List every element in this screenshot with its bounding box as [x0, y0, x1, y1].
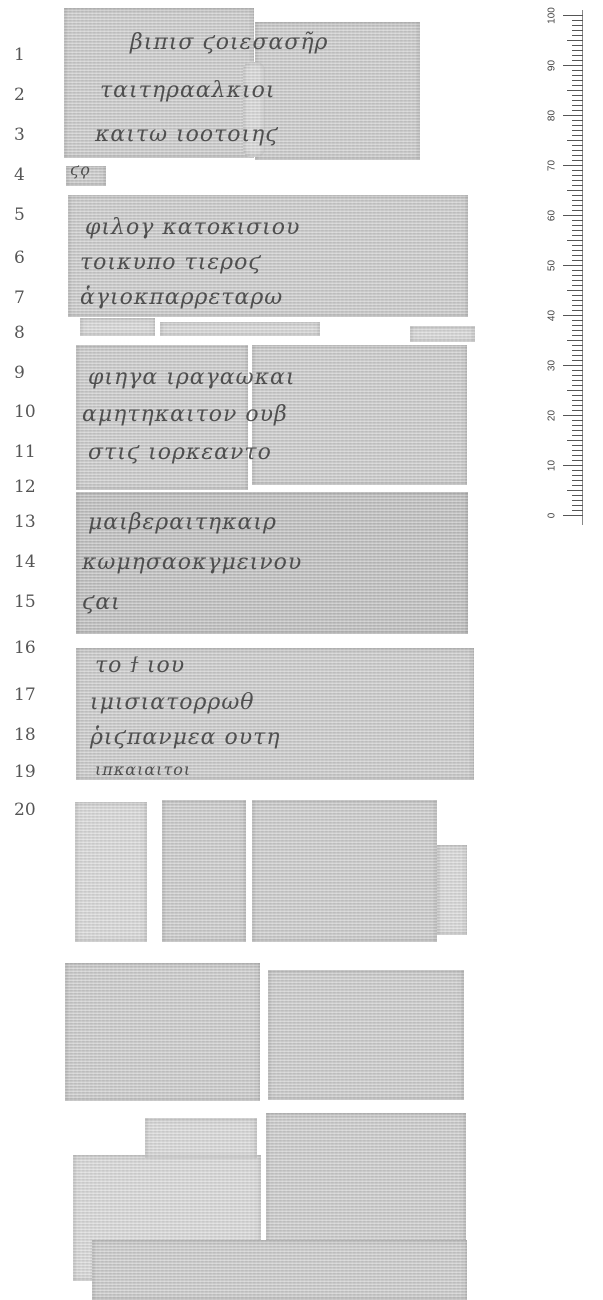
ruler-tick	[563, 115, 583, 116]
line-number: 14	[14, 552, 36, 572]
ruler-tick	[572, 75, 583, 76]
ruler-tick	[572, 135, 583, 136]
script-line: ἁγιοκπαρρεταρω	[80, 285, 283, 310]
line-number: 15	[14, 592, 36, 612]
ruler-tick	[572, 495, 583, 496]
papyrus-fragment	[75, 802, 147, 942]
line-number: 4	[14, 165, 25, 185]
ruler-tick	[572, 345, 583, 346]
ruler-tick	[572, 360, 583, 361]
ruler-tick	[567, 440, 583, 441]
ruler-tick	[572, 355, 583, 356]
line-number: 12	[14, 477, 36, 497]
ruler-label: 50	[547, 254, 558, 278]
ruler-tick	[572, 20, 583, 21]
ruler-tick	[572, 310, 583, 311]
ruler-tick	[563, 165, 583, 166]
ruler-label: 30	[547, 354, 558, 378]
ruler-tick	[572, 250, 583, 251]
ruler-tick	[572, 405, 583, 406]
ruler-tick	[572, 485, 583, 486]
line-number: 9	[14, 363, 25, 383]
ruler-tick	[572, 375, 583, 376]
ruler-tick	[572, 445, 583, 446]
ruler-tick	[572, 130, 583, 131]
ruler-label: 100	[547, 4, 558, 28]
ruler-tick	[572, 380, 583, 381]
ruler-tick	[572, 210, 583, 211]
ruler-tick	[572, 455, 583, 456]
ruler-tick	[572, 185, 583, 186]
ruler-tick	[572, 205, 583, 206]
ruler-tick	[572, 460, 583, 461]
line-number: 7	[14, 288, 25, 308]
ruler-tick	[572, 35, 583, 36]
papyrus-fragment	[437, 845, 467, 935]
ruler-tick	[572, 245, 583, 246]
ruler-tick	[572, 480, 583, 481]
ruler-tick	[572, 225, 583, 226]
line-number: 10	[14, 402, 36, 422]
ruler-tick	[563, 65, 583, 66]
ruler-tick	[572, 470, 583, 471]
ruler-tick	[572, 255, 583, 256]
ruler-tick	[572, 435, 583, 436]
ruler-label: 40	[547, 304, 558, 328]
script-line: ιμισιατορρωθ	[90, 690, 255, 715]
ruler-tick	[572, 300, 583, 301]
ruler-tick	[563, 315, 583, 316]
script-line: μαιβεραιτηκαιρ	[88, 510, 277, 535]
ruler-tick	[563, 215, 583, 216]
script-line: το ϯ ιου	[95, 652, 185, 678]
ruler-tick	[572, 25, 583, 26]
line-number: 2	[14, 85, 25, 105]
ruler-tick	[572, 500, 583, 501]
script-line: ταιτηρααλκιοι	[100, 78, 276, 103]
ruler-tick	[572, 145, 583, 146]
script-line: στιϛ ιορκεαντο	[88, 440, 272, 465]
ruler-tick	[572, 350, 583, 351]
ruler-tick	[563, 515, 583, 516]
ruler-tick	[572, 200, 583, 201]
ruler-tick	[563, 365, 583, 366]
ruler-tick	[572, 400, 583, 401]
script-line: αμητηκαιτον ουβ	[82, 402, 288, 427]
ruler-tick	[572, 80, 583, 81]
ruler-spine	[582, 10, 583, 525]
papyrus-fragment	[268, 970, 464, 1100]
ruler-label: 80	[547, 104, 558, 128]
ruler-tick	[572, 235, 583, 236]
ruler-label: 20	[547, 404, 558, 428]
ruler-tick	[572, 330, 583, 331]
script-line: ϛαι	[82, 590, 121, 615]
ruler-tick	[572, 270, 583, 271]
ruler-tick	[572, 510, 583, 511]
ruler-tick	[563, 415, 583, 416]
ruler-tick	[572, 450, 583, 451]
script-line: φιλογ κατοκισιου	[85, 215, 300, 240]
papyrus-fragment	[162, 800, 246, 942]
ruler-tick	[572, 280, 583, 281]
ruler-tick	[567, 390, 583, 391]
ruler-tick	[572, 320, 583, 321]
ruler-tick	[572, 220, 583, 221]
ruler-tick	[572, 195, 583, 196]
ruler-tick	[567, 90, 583, 91]
ruler-tick	[572, 125, 583, 126]
ruler-tick	[567, 240, 583, 241]
ruler-tick	[572, 160, 583, 161]
script-line: φιηγα ιραγαωκαι	[88, 365, 295, 390]
ruler-tick	[572, 410, 583, 411]
ruler-tick	[572, 325, 583, 326]
ruler-tick	[572, 105, 583, 106]
line-number: 13	[14, 512, 36, 532]
ruler-tick	[572, 95, 583, 96]
ruler-tick	[572, 505, 583, 506]
ruler-tick	[572, 155, 583, 156]
ruler-tick	[572, 260, 583, 261]
papyrus-fragment	[410, 326, 475, 342]
script-line: καιτω ιοοτοιηϛ	[95, 122, 279, 147]
script-line: βιπισ ϛοιεσασῆρ	[130, 30, 328, 55]
papyrus-fragment	[252, 800, 437, 942]
ruler-label: 70	[547, 154, 558, 178]
ruler-tick	[567, 40, 583, 41]
ruler-tick	[572, 385, 583, 386]
ruler-label: 60	[547, 204, 558, 228]
ruler-tick	[572, 275, 583, 276]
ruler-tick	[572, 70, 583, 71]
ruler-tick	[572, 475, 583, 476]
ruler-tick	[567, 340, 583, 341]
ruler-tick	[572, 110, 583, 111]
ruler-tick	[572, 395, 583, 396]
line-number: 3	[14, 125, 25, 145]
papyrus-fragment	[92, 1240, 467, 1300]
ruler-tick	[572, 370, 583, 371]
ruler-tick	[572, 150, 583, 151]
papyrus-fragment	[145, 1118, 257, 1158]
ruler-tick	[567, 290, 583, 291]
ruler-tick	[567, 140, 583, 141]
script-line: τοικυπο τιεροϛ	[80, 250, 262, 275]
ruler-tick	[572, 50, 583, 51]
ruler-tick	[572, 170, 583, 171]
ruler-tick	[567, 490, 583, 491]
ruler-tick	[572, 180, 583, 181]
line-number: 18	[14, 725, 36, 745]
ruler-tick	[572, 285, 583, 286]
ruler-tick	[572, 230, 583, 231]
mm-scale-ruler: 0 10 20 30 40 50 60 70 80 90 100	[540, 10, 585, 525]
script-line: ῥιϛπανμεα ουτη	[90, 725, 281, 750]
ruler-label: 0	[547, 504, 558, 528]
script-line: κωμησαοκγμεινου	[82, 550, 302, 575]
script-line: ϛϙ	[70, 160, 91, 179]
papyrus-fragment	[65, 963, 260, 1101]
line-number: 6	[14, 248, 25, 268]
ruler-tick	[572, 305, 583, 306]
line-number: 19	[14, 762, 36, 782]
ruler-label: 90	[547, 54, 558, 78]
ruler-tick	[572, 100, 583, 101]
ruler-tick	[572, 85, 583, 86]
ruler-tick	[567, 190, 583, 191]
papyrus-fragment	[160, 322, 320, 336]
ruler-tick	[572, 420, 583, 421]
papyrus-fragment	[80, 318, 155, 336]
line-number: 20	[14, 800, 36, 820]
ruler-tick	[572, 295, 583, 296]
ruler-tick	[572, 60, 583, 61]
line-number: 5	[14, 205, 25, 225]
line-number: 1	[14, 45, 25, 65]
ruler-tick	[563, 15, 583, 16]
ruler-tick	[572, 425, 583, 426]
ruler-tick	[572, 175, 583, 176]
ruler-tick	[572, 45, 583, 46]
ruler-tick	[572, 30, 583, 31]
ruler-tick	[563, 265, 583, 266]
ruler-tick	[572, 430, 583, 431]
line-number: 17	[14, 685, 36, 705]
ruler-tick	[572, 120, 583, 121]
ruler-tick	[572, 55, 583, 56]
ruler-label: 10	[547, 454, 558, 478]
line-number: 11	[14, 442, 36, 462]
ruler-tick	[572, 335, 583, 336]
line-number: 8	[14, 323, 25, 343]
ruler-tick	[563, 465, 583, 466]
line-number: 16	[14, 638, 36, 658]
script-line: ιπκαιαιτοι	[95, 760, 191, 779]
